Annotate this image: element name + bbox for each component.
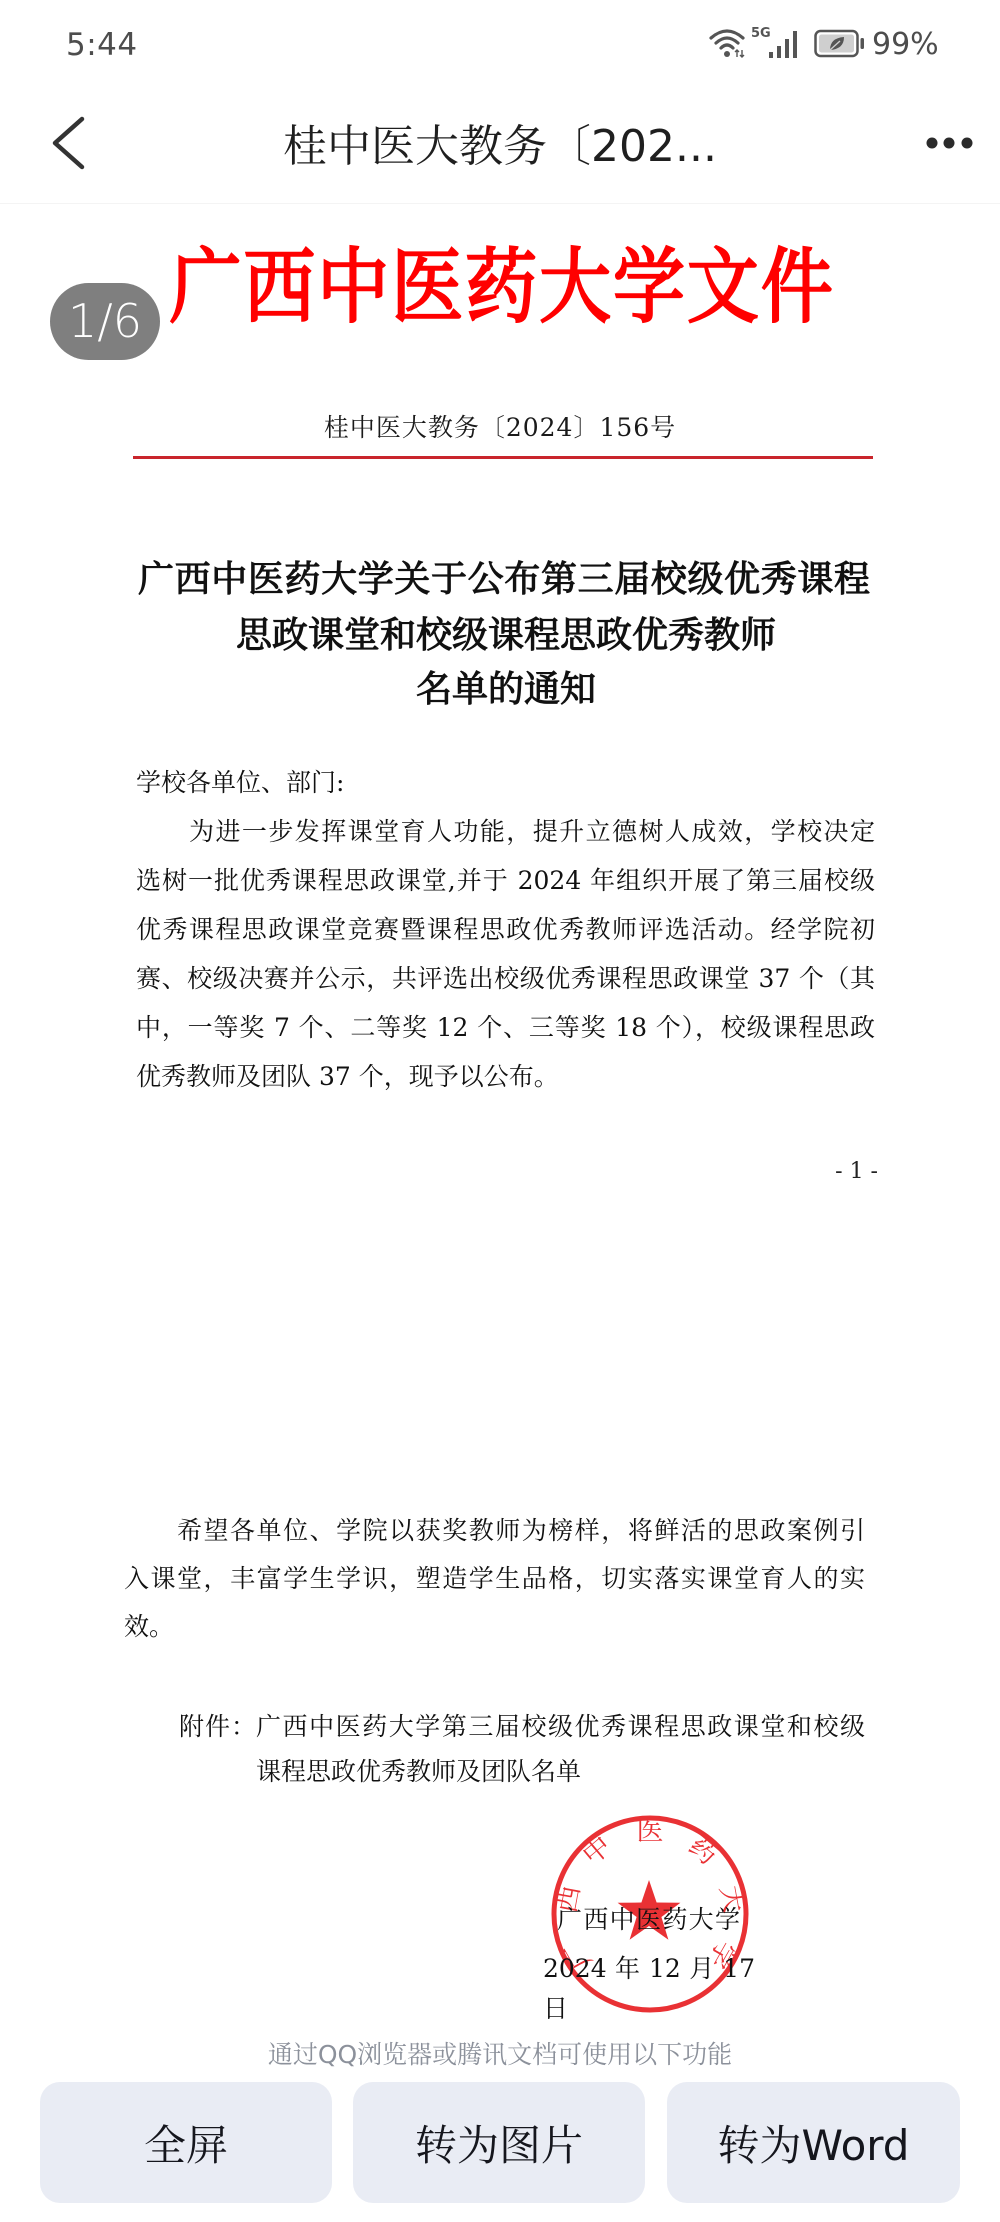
attachment-label: 附件：: [179, 1707, 256, 1747]
body-text-line: 优秀课程思政课堂竞赛暨课程思政优秀教师评选活动。经学院初: [136, 910, 875, 950]
document-number: 桂中医大教务〔2024〕156号: [0, 408, 1000, 448]
signal-strength-icon: [768, 29, 802, 59]
convert-to-image-button-label: 转为图片: [415, 2113, 583, 2173]
chevron-left-icon: [40, 110, 100, 180]
wifi-icon: [708, 27, 748, 59]
body-text-line: 为进一步发挥课堂育人功能，提升立德树人成效，学校决定: [136, 812, 875, 852]
notice-title-line: 广西中医药大学关于公布第三届校级优秀课程: [138, 554, 870, 604]
document-pages: 广西中医药大学文件 桂中医大教务〔2024〕156号 广西中医药大学关于公布第三…: [0, 204, 1000, 2024]
more-options-button[interactable]: [915, 125, 985, 161]
fullscreen-button-label: 全屏: [144, 2113, 228, 2173]
back-button[interactable]: [40, 110, 100, 180]
convert-to-word-button[interactable]: 转为Word: [667, 2082, 960, 2203]
attachment-text-line: 广西中医药大学第三届校级优秀课程思政课堂和校级: [256, 1707, 865, 1747]
body-text-line: 优秀教师及团队 37 个，现予以公布。: [136, 1057, 875, 1097]
feature-hint-text: 通过QQ浏览器或腾讯文档可使用以下功能: [0, 2038, 1000, 2072]
salutation: 学校各单位、部门:: [136, 763, 875, 803]
page-number: - 1 -: [812, 1152, 878, 1192]
letterhead-red-rule: [133, 456, 873, 459]
body-text-line: 希望各单位、学院以获奖教师为榜样，将鲜活的思政案例引: [124, 1511, 865, 1551]
letterhead-title: 广西中医药大学文件: [60, 237, 944, 337]
signature-organization: 广西中医药大学: [557, 1900, 740, 1940]
fullscreen-button[interactable]: 全屏: [40, 2082, 332, 2203]
app-header: 桂中医大教务〔202...: [0, 90, 1000, 204]
body-text-line: 选树一批优秀课程思政课堂,并于 2024 年组织开展了第三届校级: [136, 861, 875, 901]
signature-date: 2024 年 12 月 17 日: [543, 1949, 755, 2024]
notice-title-line: 思政课堂和校级课程思政优秀教师: [6, 610, 1000, 660]
convert-to-image-button[interactable]: 转为图片: [353, 2082, 645, 2203]
battery-saver-icon: [814, 29, 866, 59]
attachment-text-line: 课程思政优秀教师及团队名单: [256, 1752, 865, 1792]
body-text-line: 效。: [124, 1607, 865, 1647]
document-title: 桂中医大教务〔202...: [150, 120, 850, 174]
status-time: 5:44: [66, 26, 138, 64]
body-text-line: 中，一等奖 7 个、二等奖 12 个、三等奖 18 个），校级课程思政: [136, 1008, 875, 1048]
convert-to-word-button-label: 转为Word: [718, 2113, 910, 2173]
document-viewer[interactable]: 广西中医药大学文件 桂中医大教务〔2024〕156号 广西中医药大学关于公布第三…: [0, 204, 1000, 2024]
body-text-line: 赛、校级决赛并公示，共评选出校级优秀课程思政课堂 37 个（其: [136, 959, 875, 999]
page-indicator-badge: 1/6: [50, 283, 160, 360]
bottom-action-panel: 通过QQ浏览器或腾讯文档可使用以下功能 全屏 转为图片 转为Word: [0, 2024, 1000, 2222]
notice-title-line: 名单的通知: [6, 664, 1000, 714]
body-text-line: 入课堂，丰富学生学识，塑造学生品格，切实落实课堂育人的实: [124, 1559, 865, 1599]
more-dots-icon: [915, 125, 985, 161]
status-bar: 5:44 5G 99%: [0, 0, 1000, 90]
battery-percentage: 99%: [872, 26, 939, 64]
